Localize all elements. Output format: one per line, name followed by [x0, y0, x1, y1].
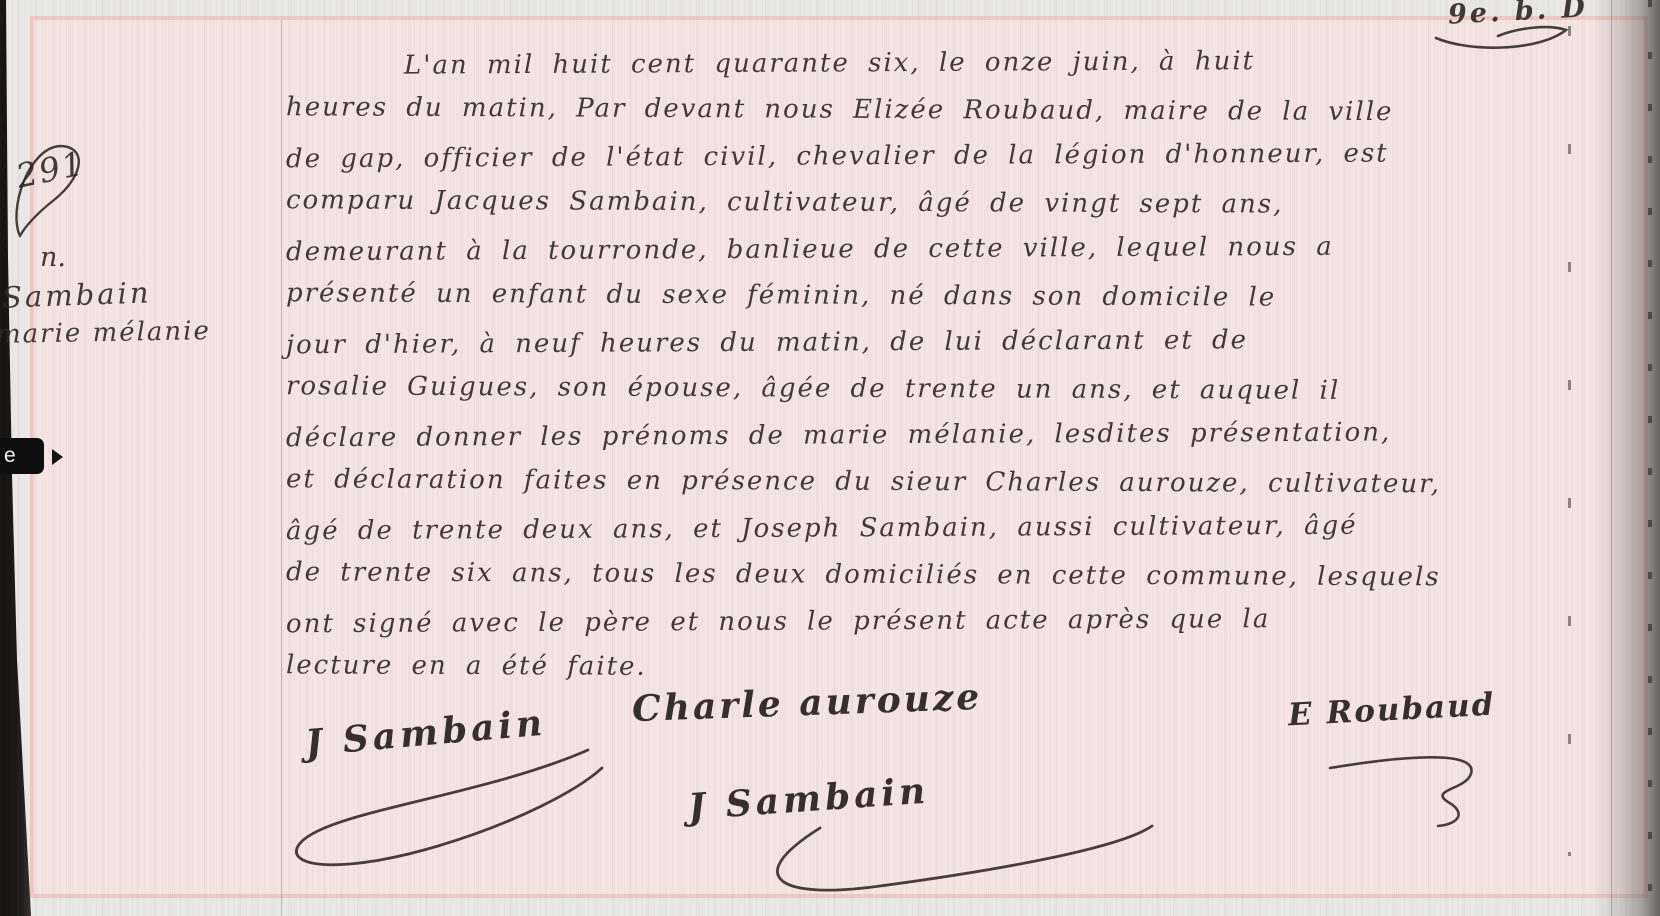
register-margin-rule: [281, 20, 282, 916]
act-line: et déclaration faites en présence du sie…: [286, 456, 1536, 508]
act-line: rosalie Guigues, son épouse, âgée de tre…: [286, 363, 1536, 415]
act-line: présenté un enfant du sexe féminin, né d…: [286, 270, 1536, 322]
act-line: de gap, officier de l'état civil, cheval…: [286, 130, 1536, 183]
side-panel-toggle-label: e: [4, 444, 16, 467]
act-text-body: L'an mil huit cent quarante six, le onze…: [286, 40, 1536, 691]
margin-child-surname: Sambain: [1, 275, 152, 314]
margin-child-given-names: marie mélanie: [0, 316, 211, 350]
act-line: ont signé avec le père et nous le présen…: [286, 595, 1536, 648]
expand-right-arrow-icon[interactable]: [52, 449, 63, 465]
act-line: comparu Jacques Sambain, cultivateur, âg…: [286, 177, 1536, 229]
act-type-abbreviation: n.: [40, 242, 66, 273]
act-line: heures du matin, Par devant nous Elizée …: [286, 84, 1536, 136]
facing-page-ink-fragments: [1568, 26, 1571, 856]
act-line: jour d'hier, à neuf heures du matin, de …: [286, 316, 1536, 369]
act-line: de trente six ans, tous les deux domicil…: [286, 549, 1536, 601]
facing-page-ink-fragments: [1648, 0, 1652, 916]
act-line: demeurant à la tourronde, banlieue de ce…: [286, 223, 1536, 276]
act-line: âgé de trente deux ans, et Joseph Sambai…: [286, 502, 1536, 555]
page-fold-line: [1611, 0, 1612, 916]
act-line: L'an mil huit cent quarante six, le onze…: [286, 37, 1536, 90]
side-panel-toggle[interactable]: e: [0, 438, 44, 474]
act-line: déclare donner les prénoms de marie méla…: [286, 409, 1536, 462]
